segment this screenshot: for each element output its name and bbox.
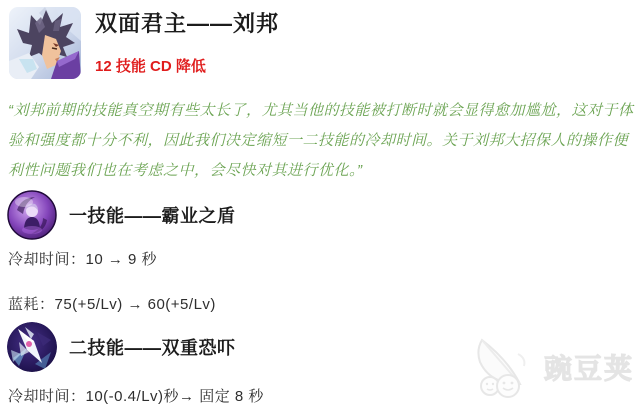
designer-note: “刘邦前期的技能真空期有些太长了，尤其当他的技能被打断时就会显得愈加尴尬，这对于… xyxy=(8,96,634,186)
change-summary: 12 技能 CD 降低 xyxy=(95,55,279,76)
skill1-header: 一技能——霸业之盾 xyxy=(7,190,236,240)
skill2-header: 二技能——双重恐吓 xyxy=(7,322,236,372)
patch-note-page: 双面君主——刘邦 12 技能 CD 降低 “刘邦前期的技能真空期有些太长了，尤其… xyxy=(0,0,640,412)
skill1-title: 一技能——霸业之盾 xyxy=(69,202,236,228)
wandoujia-watermark: 豌豆荚 xyxy=(468,332,634,402)
hero-header: 双面君主——刘邦 12 技能 CD 降低 xyxy=(9,7,279,79)
watermark-text: 豌豆荚 xyxy=(544,347,634,387)
skill2-blade-icon xyxy=(7,322,57,372)
skill1-mana-stat: 蓝耗：75(+5/Lv) → 60(+5/Lv) xyxy=(8,293,216,314)
pea-pod-logo-icon xyxy=(468,332,540,402)
hero-avatar xyxy=(9,7,81,79)
hero-title: 双面君主——刘邦 xyxy=(95,10,279,38)
skill2-cooldown-stat: 冷却时间：10(-0.4/Lv)秒→ 固定 8 秒 xyxy=(8,385,264,406)
hero-header-text: 双面君主——刘邦 12 技能 CD 降低 xyxy=(95,7,279,79)
skill1-orb-icon xyxy=(7,190,57,240)
skill2-title: 二技能——双重恐吓 xyxy=(69,334,236,360)
liu-bang-portrait-icon xyxy=(9,7,81,79)
skill1-cooldown-stat: 冷却时间：10 → 9 秒 xyxy=(8,248,157,269)
